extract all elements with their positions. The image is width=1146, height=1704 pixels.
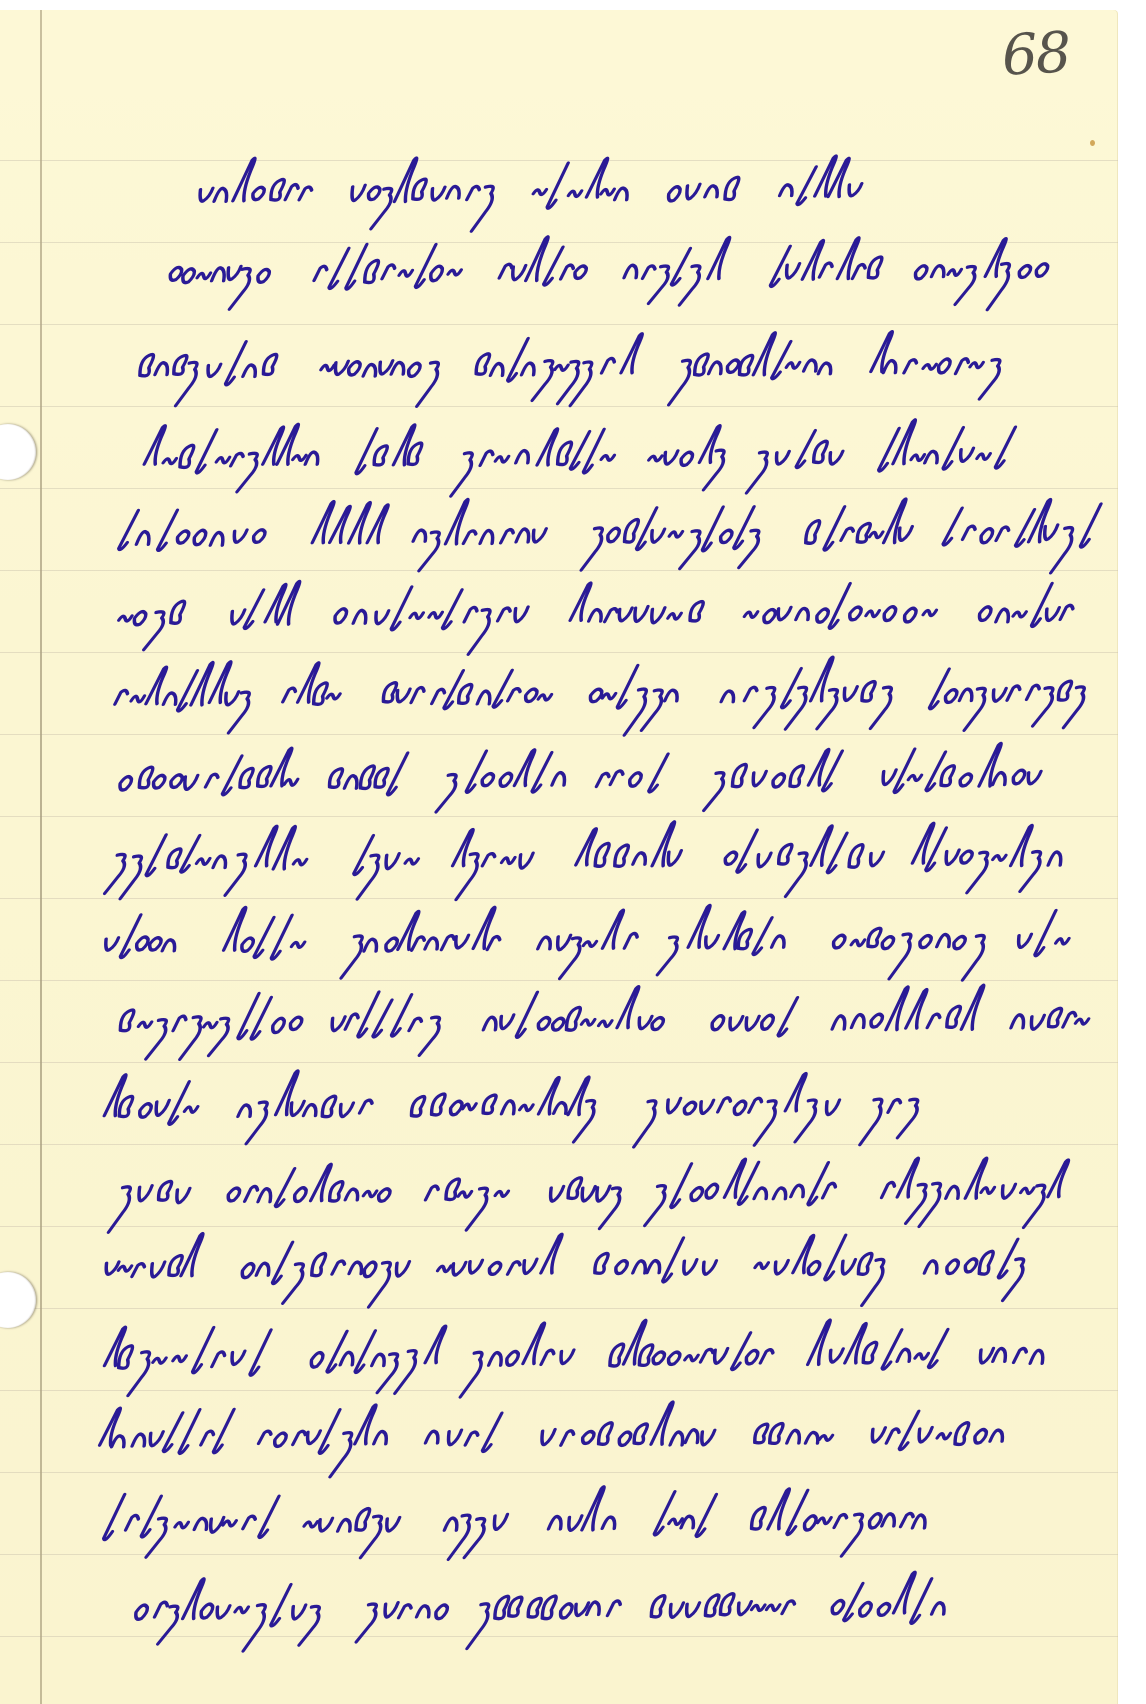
paper-speck: [1090, 140, 1095, 146]
ruled-line: [0, 324, 1118, 325]
ruled-line: [0, 1554, 1118, 1555]
ruled-line: [0, 488, 1118, 489]
ruled-line: [0, 734, 1118, 735]
margin-line: [40, 10, 42, 1704]
ruled-line: [0, 816, 1118, 817]
ruled-line: [0, 1062, 1118, 1063]
page-number: 68: [1000, 20, 1071, 88]
ruled-line: [0, 1472, 1118, 1473]
ruled-line: [0, 242, 1118, 243]
ruled-line: [0, 570, 1118, 571]
ruled-line: [0, 1636, 1118, 1637]
ruled-line: [0, 1390, 1118, 1391]
ruled-line: [0, 406, 1118, 407]
ruled-line: [0, 980, 1118, 981]
ruled-line: [0, 1144, 1118, 1145]
ruled-line: [0, 898, 1118, 899]
manuscript-page: [0, 10, 1118, 1704]
ruled-line: [0, 160, 1118, 161]
ruled-line: [0, 652, 1118, 653]
ruled-line: [0, 1308, 1118, 1309]
ruled-line: [0, 1226, 1118, 1227]
